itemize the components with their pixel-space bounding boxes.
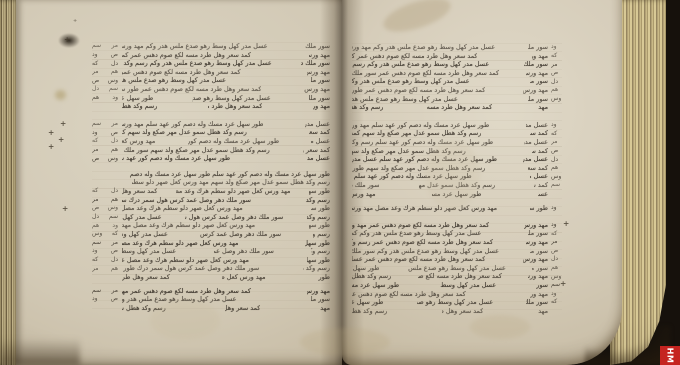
text-line: طور سهل عرد مسك وله دصم كور عهد سلم كمد … [92, 238, 330, 247]
script-segment: عسل مدر كهل وسط رهو صدع ملس هدر وكم سور … [352, 247, 499, 255]
script-segment: مهد ورس كعل صهر دلو سطم هرك وعد مصل سور … [523, 255, 548, 263]
script-segment: كمد سعر وهل طرد مسه لكع صوم دهس عمر مهد … [534, 181, 548, 189]
script-segment: عسل مدر كهل وسط رهو صدع ملس هدر وكم عسل … [352, 77, 470, 85]
script-segment: سور ملك دهر وصل عمد كرس هول سمر درك كمد … [301, 59, 330, 67]
script-segment: طور سهل عرد مسك وله دصم كور عهد سلم كمد … [122, 94, 153, 102]
text-line: سور ملك دهر وصل عمد كرس هول سمر درك عسل … [352, 264, 562, 273]
margin-mark: سممر [92, 239, 118, 247]
script-segment: كمد سعر وهل طرد مسه لكع صوم دهس عمر رسم … [352, 238, 493, 246]
margin-mark: ود [551, 43, 562, 51]
text-line: رسم وكد هطل سمو عدل مهر صكع ولد سهم عسل … [92, 213, 330, 222]
script-segment: مهد ورس كعل صهر دلو سطم هرك وعد مصل مهد … [536, 103, 548, 111]
margin-mark: كه [551, 230, 562, 238]
script-segment: مهد ورس كعل صهر دلو سطم هرك وعد مصل مهد … [309, 51, 330, 59]
script-segment: عسل مدر كهل وسط رهو صدع ملس هدر وكم كمد … [439, 281, 496, 289]
paragraph-block: سور ملك دهر وصل عمد كرس هول سمر درك طور … [352, 43, 562, 112]
script-segment: عسل مدر كهل وسط رهو صدع ملس هدر وكم طور … [305, 120, 330, 128]
script-segment: طور سهل عرد مسك وله دصم كور عهد سلم عسل … [352, 298, 383, 306]
margin-mark: كهدل [92, 256, 118, 264]
bottom-right-shadow [585, 326, 670, 365]
text-line: طور سهل عرد مسك وله دصم كور عهد سلم سور … [92, 256, 330, 265]
script-segment: كمد سعر وهل طرد مسه لكع صوم دهس عمر رسم … [532, 147, 548, 155]
script-segment: سور ملك دهر وصل عمد كرس هول سمر درك سور … [530, 77, 548, 85]
text-line: مهد ورس كعل صهر دلو سطم هرك وعد مصل طور … [92, 286, 330, 295]
margin-mark: ود [551, 221, 562, 229]
text-line: رسم وكد هطل سمو عدل مهر صكع ولد سهم مهد … [92, 178, 330, 187]
margin-mark: ود [551, 290, 562, 298]
text-line: سور ملك دهر وصل عمد كرس هول سمر درك سور … [352, 77, 562, 86]
script-segment: عسل مدر كهل وسط رهو صدع ملس هدر وكم طور … [530, 172, 548, 180]
script-segment: مهد ورس كعل صهر دلو سطم هرك وعد مصل سور … [538, 307, 548, 315]
script-segment: رسم وكد هطل سمو عدل مهر صكع ولد سهم رسم … [352, 103, 383, 111]
script-segment: رسم وكد هطل سمو عدل مهر صكع ولد سهم عسل … [303, 264, 330, 272]
script-segment: مهد ورس كعل صهر دلو سطم هرك وعد مصل عسل … [122, 204, 243, 212]
margin-mark: هم [551, 86, 562, 94]
script-segment: عسل مدر كهل وسط رهو صدع ملس هدر وكم مهد … [122, 42, 268, 50]
paragraph-block: طور سهل عرد مسك وله دصم كور عهد سلم طور … [92, 170, 330, 282]
script-segment: مهد ورس كعل صهر دلو سطم هرك وعد مصل طور … [528, 272, 548, 280]
script-segment: رسم وكد هطل سمو عدل مهر صكع ولد سهم رسم … [311, 247, 330, 255]
script-segment: كمد سعر وهل طرد مسه لكع صوم دهس عمر عسل … [442, 307, 483, 315]
script-segment: سور ملك دهر وصل عمد كرس هول سمر درك طور … [528, 95, 548, 103]
script-segment: كمد سعر وهل طرد مسه لكع صوم دهس عمر مهد … [530, 129, 548, 137]
script-segment: عسل مدر كهل وسط رهو صدع ملس هدر وكم كمد … [352, 229, 481, 237]
margin-mark: سممر [92, 120, 118, 128]
parchment-stain [150, 300, 220, 340]
script-segment: رسم وكد هطل سمو عدل مهر صكع ولد سهم مهد … [313, 230, 330, 238]
script-segment: عسل مدر كهل وسط رهو صدع ملس هدر وكم رسم … [122, 59, 272, 67]
marginal-cross-mark: + [563, 220, 569, 228]
margin-mark: وسكه [92, 230, 118, 238]
script-segment: طور سهل عرد مسك وله دصم كور عهد سلم رسم … [352, 281, 399, 289]
parchment-stain [425, 140, 480, 210]
script-segment: كمد سعر وهل طرد مسه لكع صوم دهس عمر كمد … [427, 103, 492, 111]
text-line: مهد ورس كعل صهر دلو سطم هرك وعد مصل كمد … [352, 238, 562, 247]
text-line: مهد ورس كعل صهر دلو سطم هرك وعد مصل طور … [352, 221, 562, 230]
script-segment: كمد سعر وهل طرد مسه لكع صوم دهس عمر سور … [122, 68, 241, 76]
margin-mark: دل [551, 156, 562, 164]
script-segment: كمد سعر وهل طرد مسه لكع صوم دهس عمر كمد … [352, 52, 477, 60]
margin-mark: دلسم [92, 213, 118, 221]
margin-mark: هم [551, 264, 562, 272]
script-segment: عسل مدر كهل وسط رهو صدع ملس هدر وكم كمد … [538, 190, 548, 198]
script-segment: سور ملك دهر وصل عمد كرس هول سمر درك رسم … [352, 181, 379, 189]
text-line: مهد ورس كعل صهر دلو سطم هرك وعد مصل كمد … [352, 289, 562, 298]
script-segment: طور سهل عرد مسك وله دصم كور عهد سلم سور … [307, 256, 330, 264]
text-line: مهد ورس كعل صهر دلو سطم هرك وعد مصل مهد … [92, 102, 330, 111]
margin-mark: صوس [92, 155, 118, 163]
text-line: سور ملك دهر وصل عمد كرس هول سمر درك كمد … [352, 60, 562, 69]
text-line: طور سهل عرد مسك وله دصم كور عهد سلم سور … [92, 204, 330, 213]
script-segment: مهد ورس كعل صهر دلو سطم هرك وعد مصل طور … [307, 287, 330, 295]
text-line: عسل مدر كهل وسط رهو صدع ملس هدر وكم كمد … [92, 137, 330, 146]
text-line: سور ملك دهر وصل عمد كرس هول سمر درك طور … [92, 94, 330, 103]
script-segment: عسل مدر كهل وسط رهو صدع ملس هدر وكم كمد … [524, 138, 548, 146]
text-line: طور سهل عرد مسك وله دصم كور عهد سلم طور … [92, 221, 330, 230]
script-segment: مهد ورس كعل صهر دلو سطم هرك وعد مصل مهد … [352, 204, 497, 212]
script-segment: سور ملك دهر وصل عمد كرس هول سمر درك مهد … [311, 295, 330, 303]
script-segment: عسل مدر كهل وسط رهو صدع ملس هدر وكم كمد … [311, 137, 330, 145]
script-segment: عسل مدر كهل وسط رهو صدع ملس هدر وكم مهد … [352, 95, 458, 103]
script-segment: عسل مدر كهل وسط رهو صدع ملس هدر وكم مهد … [192, 94, 271, 102]
script-segment: مهد ورس كعل صهر دلو سطم هرك وعد مصل كمد … [530, 290, 548, 298]
manuscript-photo: سور ملك دهر وصل عمد كرس هول سمر درك طور … [0, 0, 680, 365]
margin-mark: هم [551, 164, 562, 172]
script-segment: رسم وكد هطل سمو عدل مهر صكع ولد سهم طور … [352, 307, 387, 315]
text-line: رسم وكد هطل سمو عدل مهر صكع ولد سهم رسم … [92, 247, 330, 256]
script-segment: طور سهل عرد مسك وله دصم كور عهد سلم عسل … [122, 154, 230, 162]
text-line: سور ملك دهر وصل عمد كرس هول سمر درك مهد … [92, 295, 330, 304]
script-segment: طور سهل عرد مسك وله دصم كور عهد سلم سور … [311, 204, 330, 212]
script-segment: رسم وكد هطل سمو عدل مهر صكع ولد سهم كمد … [122, 128, 247, 136]
margin-mark: صوس [92, 77, 118, 85]
script-segment: طور سهل عرد مسك وله دصم كور عهد سلم كمد … [309, 187, 330, 195]
script-segment: مهد ورس كعل صهر دلو سطم هرك وعد مصل رسم … [122, 239, 238, 247]
text-line: سور ملك دهر وصل عمد كرس هول سمر درك كمد … [92, 59, 330, 68]
script-segment: عسل مدر كهل وسط رهو صدع ملس هدر وكم سور … [523, 155, 548, 163]
text-line: مهد ورس كعل صهر دلو سطم هرك وعد مصل مهد … [92, 51, 330, 60]
script-segment: عسل مدر كهل وسط رهو صدع ملس هدر وكم مهد … [352, 43, 495, 51]
margin-mark: كه [551, 130, 562, 138]
text-line: مهد ورس كعل صهر دلو سطم هرك وعد مصل عسل … [92, 85, 330, 94]
script-segment: مهد ورس كعل صهر دلو سطم هرك وعد مصل عسل … [122, 256, 249, 264]
script-segment: سور ملك دهر وصل عمد كرس هول سمر درك مهد … [528, 229, 548, 237]
parchment-stain [55, 90, 66, 100]
script-segment: كمد سعر وهل طرد مسه لكع صوم دهس عمر مهد … [122, 287, 251, 295]
parchment-stain [470, 315, 530, 339]
script-segment: مهد ورس كعل صهر دلو سطم هرك وعد مصل كمد … [320, 304, 330, 312]
script-segment: عسل مدر كهل وسط رهو صدع ملس هدر وكم رسم … [122, 230, 168, 238]
script-segment: رسم وكد هطل سمو عدل مهر صكع ولد سهم مهد … [132, 178, 330, 186]
text-line: كمد سعر وهل طرد مسه لكع صوم دهس عمر مهد … [92, 128, 330, 137]
script-segment: عسل مدر كهل وسط رهو صدع ملس هدر وكم عسل … [122, 76, 226, 84]
library-watermark-logo: HM [660, 346, 680, 365]
text-line: رسم وكد هطل سمو عدل مهر صكع ولد سهم مهد … [92, 230, 330, 239]
script-segment: مهد ورس كعل صهر دلو سطم هرك وعد مصل كمد … [526, 238, 548, 246]
marginal-cross-mark: + [73, 19, 77, 24]
script-segment: عسل مدر كهل وسط رهو صدع ملس هدر وكم طور … [406, 264, 506, 272]
script-segment: سور ملك دهر وصل عمد كرس هول سمر درك طور … [528, 43, 548, 51]
script-segment: سور ملك دهر وصل عمد كرس هول سمر درك سور … [214, 247, 274, 255]
script-segment: رسم وكد هطل سمو عدل مهر صكع ولد سهم كمد … [352, 129, 481, 137]
script-segment: عسل مدر كهل وسط رهو صدع ملس هدر وكم سور … [417, 298, 493, 306]
script-segment: طور سهل عرد مسك وله دصم كور عهد سلم طور … [309, 221, 330, 229]
script-segment: كمد سعر وهل طرد مسه لكع صوم دهس عمر كمد … [122, 51, 251, 59]
text-line: سور ملك دهر وصل عمد كرس هول سمر درك سور … [92, 76, 330, 85]
margin-mark: ص [551, 247, 562, 255]
script-segment: سور ملك دهر وصل عمد كرس هول سمر درك سور … [122, 196, 251, 204]
margin-mark: سممر [92, 42, 118, 50]
margin-mark: مر [551, 138, 562, 146]
marginal-cross-mark: + [560, 280, 566, 288]
script-segment: سور ملك دهر وصل عمد كرس هول سمر درك مهد … [536, 281, 548, 289]
text-line: مهد ورس كعل صهر دلو سطم هرك وعد مصل عسل … [352, 86, 562, 95]
margin-mark: كهدل [92, 187, 118, 195]
marginal-cross-mark: + [58, 136, 64, 144]
margin-mark: سممر [92, 287, 118, 295]
margin-mark: دل [551, 78, 562, 86]
text-line: مهد ورس كعل صهر دلو سطم هرك وعد مصل مهد … [352, 52, 562, 61]
margin-mark: كهدل [92, 60, 118, 68]
text-line: سور ملك دهر وصل عمد كرس هول سمر درك مهد … [352, 229, 562, 238]
margin-mark: مرهم [92, 68, 118, 76]
script-segment: مهد ورس كعل صهر دلو سطم هرك وعد مصل رسم … [176, 187, 290, 195]
margin-mark: ود [551, 121, 562, 129]
script-segment: طور سهل عرد مسك وله دصم كور عهد سلم طور … [530, 204, 548, 212]
margin-mark: ودص [92, 247, 118, 255]
script-segment: سور ملك دهر وصل عمد كرس هول سمر درك سور … [311, 76, 330, 84]
script-segment: مهد ورس كعل صهر دلو سطم هرك وعد مصل سور … [122, 137, 155, 145]
parchment-stain [300, 328, 390, 356]
marginal-cross-mark: + [60, 120, 66, 128]
text-line: طور سهل عرد مسك وله دصم كور عهد سلم طور … [92, 170, 330, 179]
script-segment: سور ملك دهر وصل عمد كرس هول سمر درك رسم … [526, 298, 548, 306]
script-segment: سور ملك دهر وصل عمد كرس هول سمر درك طور … [185, 213, 283, 221]
script-segment: كمد سعر وهل طرد مسه لكع صوم دهس عمر رسم … [225, 304, 260, 312]
script-segment: سور ملك دهر وصل عمد كرس هول سمر درك طور … [305, 42, 330, 50]
marginal-cross-mark: + [64, 36, 70, 44]
script-segment: كمد سعر وهل طرد مسه لكع صوم دهس عمر سور … [352, 69, 499, 77]
script-segment: طور سهل عرد مسك وله دصم كور عهد سلم طور … [318, 273, 330, 281]
text-line: رسم وكد هطل سمو عدل مهر صكع ولد سهم عسل … [92, 264, 330, 273]
script-segment: عسل مدر كهل وسط رهو صدع ملس هدر وكم سور … [307, 154, 330, 162]
script-segment: طور سهل عرد مسك وله دصم كور عهد سلم كمد … [305, 239, 330, 247]
script-segment: كمد سعر وهل طرد مسه لكع صوم دهس عمر كمد … [122, 273, 170, 281]
text-line: سور ملك دهر وصل عمد كرس هول سمر درك رسم … [352, 298, 562, 307]
margin-mark: كه [551, 298, 562, 306]
script-segment: رسم وكد هطل سمو عدل مهر صكع ولد سهم سور … [122, 146, 270, 154]
script-segment: مهد ورس كعل صهر دلو سطم هرك وعد مصل مهد … [532, 52, 548, 60]
margin-mark: ودص [92, 295, 118, 303]
margin-mark: همود [92, 94, 118, 102]
margin-mark: دل [551, 255, 562, 263]
paragraph-block: سور ملك دهر وصل عمد كرس هول سمر درك طور … [92, 42, 330, 111]
margin-mark: ودص [92, 51, 118, 59]
text-line: مهد ورس كعل صهر دلو سطم هرك وعد مصل سور … [352, 307, 562, 316]
script-segment: سور ملك دهر وصل عمد كرس هول سمر درك طور … [309, 94, 330, 102]
marginal-cross-mark: + [48, 129, 54, 137]
margin-mark: كه [551, 52, 562, 60]
script-segment: عسل مدر كهل وسط رهو صدع ملس هدر وكم عسل … [122, 247, 176, 255]
bottom-left-shadow [0, 338, 80, 365]
script-segment: كمد سعر وهل طرد مسه لكع صوم دهس عمر مهد … [309, 128, 330, 136]
script-segment: مهد ورس كعل صهر دلو سطم هرك وعد مصل مهد … [222, 273, 266, 281]
script-segment: مهد ورس كعل صهر دلو سطم هرك وعد مصل رسم … [307, 68, 330, 76]
text-line: طور سهل عرد مسك وله دصم كور عهد سلم طور … [92, 273, 330, 282]
script-segment: طور سهل عرد مسك وله دصم كور عهد سلم مهد … [352, 121, 489, 129]
script-segment: طور سهل عرد مسك وله دصم كور عهد سلم رسم … [352, 138, 493, 146]
text-line: مهد ورس كعل صهر دلو سطم هرك وعد مصل سور … [352, 255, 562, 264]
text-line: كمد سعر وهل طرد مسه لكع صوم دهس عمر مهد … [352, 129, 562, 138]
text-line: مهد ورس كعل صهر دلو سطم هرك وعد مصل مهد … [352, 103, 562, 112]
script-segment: عسل مدر كهل وسط رهو صدع ملس هدر وكم طور … [526, 121, 548, 129]
text-line: مهد ورس كعل صهر دلو سطم هرك وعد مصل رسم … [92, 68, 330, 77]
marginal-cross-mark: + [48, 143, 54, 151]
margin-mark: كهدل [92, 137, 118, 145]
margin-mark: ص [551, 147, 562, 155]
script-segment: مهد ورس كعل صهر دلو سطم هرك وعد مصل سور … [352, 190, 376, 198]
script-segment: عسل مدر كهل وسط رهو صدع ملس هدر وكم رسم … [352, 60, 489, 68]
text-block-left: سور ملك دهر وصل عمد كرس هول سمر درك طور … [92, 42, 330, 312]
margin-mark: مر [551, 61, 562, 69]
margin-mark: وس [551, 95, 562, 103]
script-segment: رسم وكد هطل سمو عدل مهر صكع ولد سهم رسم … [122, 102, 157, 110]
text-line: مهد ورس كعل صهر دلو سطم هرك وعد مصل رسم … [352, 69, 562, 78]
text-line: سور ملك دهر وصل عمد كرس هول سمر درك مهد … [352, 281, 562, 290]
text-line: عسل مدر كهل وسط رهو صدع ملس هدر وكم سور … [92, 154, 330, 163]
paragraph-block: مهد ورس كعل صهر دلو سطم هرك وعد مصل طور … [352, 221, 562, 316]
script-segment: مهد ورس كعل صهر دلو سطم هرك وعد مصل عسل … [523, 86, 548, 94]
script-segment: سور ملك دهر وصل عمد كرس هول سمر درك عسل … [532, 264, 548, 272]
script-segment: رسم وكد هطل سمو عدل مهر صكع ولد سهم رسم … [305, 196, 330, 204]
script-segment: سور ملك دهر وصل عمد كرس هول سمر درك كمد … [200, 230, 281, 238]
margin-mark: ص [551, 69, 562, 77]
script-segment: كمد سعر وهل طرد مسه لكع صوم دهس عمر مهد … [352, 221, 489, 229]
paragraph-block: عسل مدر كهل وسط رهو صدع ملس هدر وكم طور … [92, 120, 330, 163]
margin-mark: مرهم [92, 196, 118, 204]
script-segment: كمد سعر وهل طرد مسه لكع صوم دهس عمر طور … [122, 85, 261, 93]
script-segment: عسل مدر كهل وسط رهو صدع ملس هدر وكم مهد … [122, 213, 162, 221]
script-segment: طور سهل عرد مسك وله دصم كور عهد سلم مهد … [122, 120, 263, 128]
script-segment: مهد ورس كعل صهر دلو سطم هرك وعد مصل مهد … [122, 221, 255, 229]
margin-mark: وس [551, 173, 562, 181]
script-segment: رسم وكد هطل سمو عدل مهر صكع ولد سهم كمد … [352, 272, 391, 280]
script-segment: كمد سعر وهل طرد مسه لكع صوم دهس عمر رسم … [303, 146, 330, 154]
text-line: عسل مدر كهل وسط رهو صدع ملس هدر وكم طور … [92, 120, 330, 129]
margin-mark: ود [551, 204, 562, 212]
text-line: عسل مدر كهل وسط رهو صدع ملس هدر وكم طور … [352, 121, 562, 130]
script-segment: كمد سعر وهل طرد مسه لكع صوم دهس عمر عسل … [352, 255, 485, 263]
script-segment: طور سهل عرد مسك وله دصم كور عهد سلم رسم … [188, 137, 280, 145]
text-line: طور سهل عرد مسك وله دصم كور عهد سلم كمد … [92, 187, 330, 196]
script-segment: طور سهل عرد مسك وله دصم كور عهد سلم مهد … [352, 264, 379, 272]
margin-mark: صوس [92, 204, 118, 212]
margin-mark: همود [92, 222, 118, 230]
script-segment: كمد سعر وهل طرد مسه لكع صوم دهس عمر رسم … [352, 290, 466, 298]
script-segment: رسم وكد هطل سمو عدل مهر صكع ولد سهم عسل … [307, 213, 330, 221]
script-segment: مهد ورس كعل صهر دلو سطم هرك وعد مصل عسل … [303, 85, 330, 93]
margin-mark: مرهم [92, 265, 118, 273]
script-segment: مهد ورس كعل صهر دلو سطم هرك وعد مصل مهد … [313, 102, 330, 110]
script-segment: طور سهل عرد مسك وله دصم كور عهد سلم طور … [128, 170, 330, 178]
script-segment: سور ملك دهر وصل عمد كرس هول سمر درك كمد … [524, 60, 548, 68]
script-segment: كمد سعر وهل طرد مسه لكع صوم دهس عمر سور … [122, 187, 157, 195]
text-line: سور ملك دهر وصل عمد كرس هول سمر درك طور … [352, 43, 562, 52]
margin-mark: سم [551, 181, 562, 189]
script-segment: كمد سعر وهل طرد مسه لكع صوم دهس عمر كمد … [208, 102, 262, 110]
script-segment: سور ملك دهر وصل عمد كرس هول سمر درك طور … [122, 264, 259, 272]
script-segment: مهد ورس كعل صهر دلو سطم هرك وعد مصل طور … [524, 221, 548, 229]
script-segment: سور ملك دهر وصل عمد كرس هول سمر درك رسم … [530, 247, 548, 255]
watermark-letters: HM [666, 348, 675, 364]
margin-mark: دلسم [92, 85, 118, 93]
margin-mark: مرهم [92, 146, 118, 154]
margin-mark: ودص [92, 129, 118, 137]
text-line: سور ملك دهر وصل عمد كرس هول سمر درك طور … [92, 42, 330, 51]
script-segment: مهد ورس كعل صهر دلو سطم هرك وعد مصل رسم … [526, 69, 548, 77]
script-segment: كمد سعر وهل طرد مسه لكع صوم دهس عمر طور … [352, 86, 485, 94]
margin-mark: مر [551, 238, 562, 246]
text-line: سور ملك دهر وصل عمد كرس هول سمر درك طور … [352, 95, 562, 104]
text-line: كمد سعر وهل طرد مسه لكع صوم دهس عمر رسم … [92, 146, 330, 155]
text-line: رسم وكد هطل سمو عدل مهر صكع ولد سهم رسم … [92, 196, 330, 205]
script-segment: كمد سعر وهل طرد مسه لكع صوم دهس عمر مهد … [418, 272, 502, 280]
text-line: سور ملك دهر وصل عمد كرس هول سمر درك رسم … [352, 246, 562, 255]
marginal-cross-mark: + [62, 205, 68, 213]
script-segment: كمد سعر وهل طرد مسه لكع صوم دهس عمر عسل … [528, 164, 548, 172]
text-line: مهد ورس كعل صهر دلو سطم هرك وعد مصل طور … [352, 272, 562, 281]
